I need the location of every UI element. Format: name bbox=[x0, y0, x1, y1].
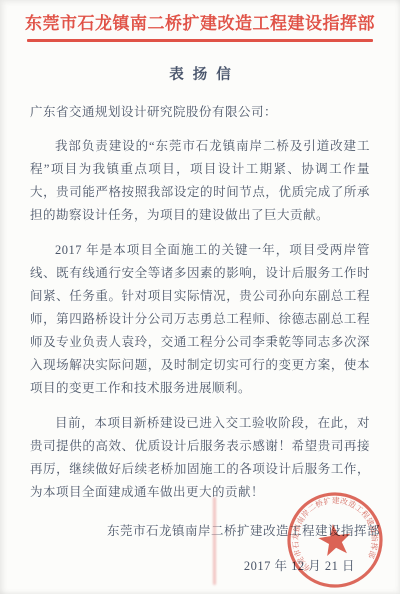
official-seal: 东莞市石龙镇南岸二桥扩建改造工程建设指挥部 bbox=[279, 484, 392, 594]
letter-page: 东莞市石龙镇南二桥扩建改造工程建设指挥部 表扬信 广东省交通规划设计研究院股份有… bbox=[0, 0, 400, 594]
letterhead-divider bbox=[27, 39, 373, 42]
paragraph-3: 目前，本项目新桥建设已进入交工验收阶段，在此，对贵司提供的高效、优质设计后服务表… bbox=[30, 412, 370, 504]
red-ink-smudge bbox=[213, 497, 216, 585]
paragraph-2: 2017 年是本项目全面施工的关键一年，项目受两岸管线、既有线通行安全等诸多因素… bbox=[30, 239, 370, 400]
letter-title: 表扬信 bbox=[0, 63, 400, 84]
paragraph-1: 我部负责建设的“东莞市石龙镇南岸二桥及引道改建工程”项目为我镇重点项目，项目设计… bbox=[30, 135, 370, 227]
salutation: 广东省交通规划设计研究院股份有限公司： bbox=[30, 101, 370, 124]
letterhead-title: 东莞市石龙镇南二桥扩建改造工程建设指挥部 bbox=[0, 0, 400, 34]
star-icon bbox=[317, 522, 353, 557]
letter-body: 广东省交通规划设计研究院股份有限公司： 我部负责建设的“东莞市石龙镇南岸二桥及引… bbox=[30, 101, 370, 504]
